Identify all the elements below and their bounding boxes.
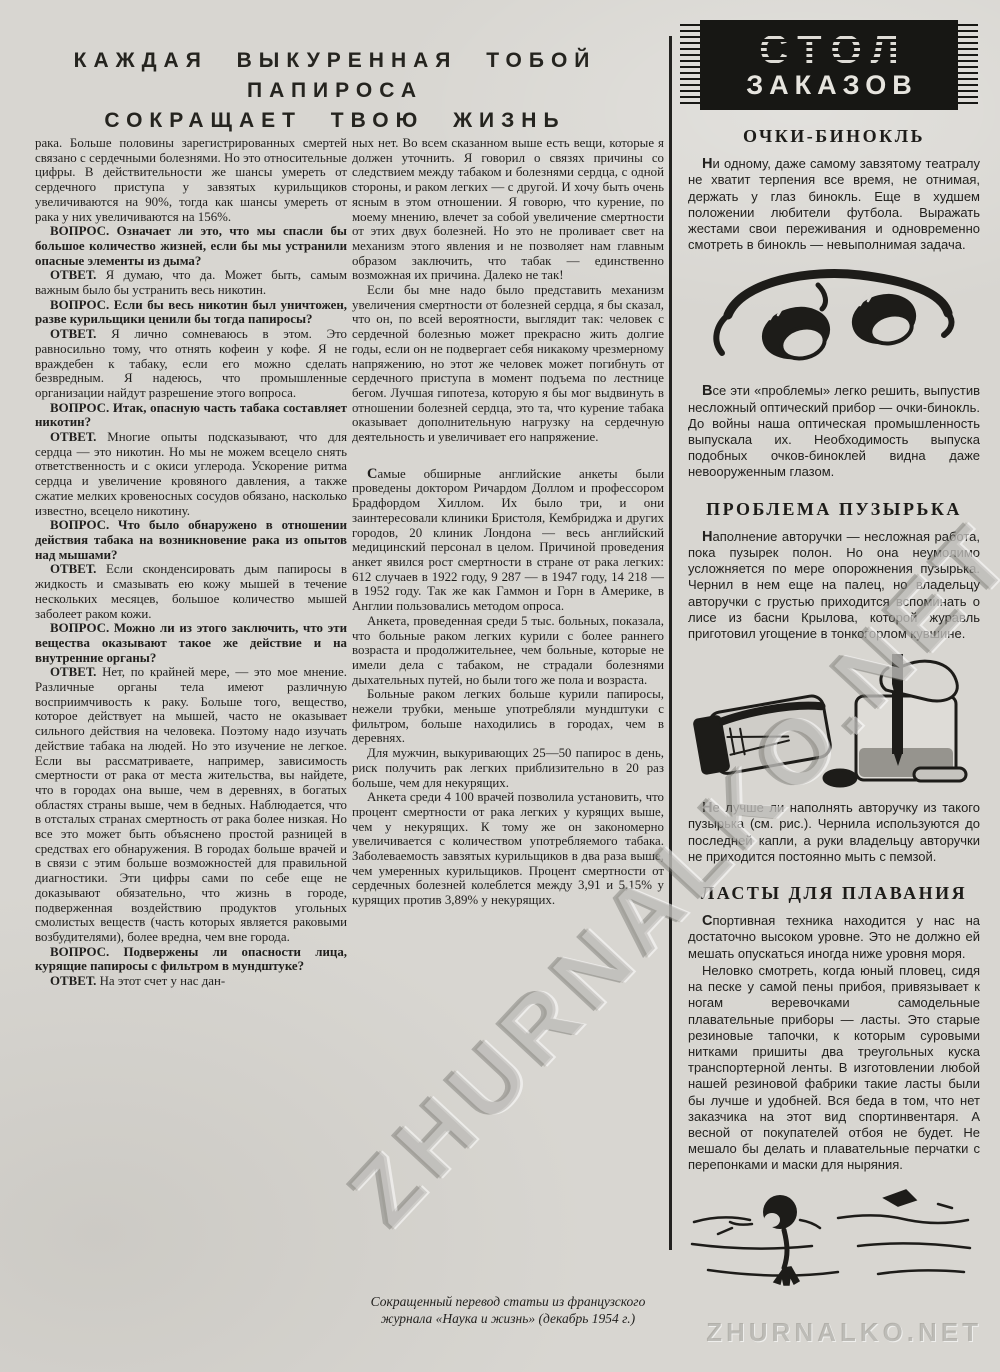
ink-bottle-illustration [688, 652, 980, 792]
paragraph: Анкета среди 4 100 врачей позволила уста… [352, 790, 664, 908]
question-paragraph: ВОПРОС. Означает ли это, что мы спасли б… [35, 224, 347, 268]
initial-letter: Н [702, 529, 713, 545]
headline-line-1: КАЖДАЯ ВЫКУРЕННАЯ ТОБОЙ ПАПИРОСА [35, 46, 635, 106]
answer-lead: ОТВЕТ. [50, 268, 106, 282]
paragraph: рака. Больше половины зарегистрированных… [35, 136, 347, 224]
stol-zakazov-logo: СТОЛ ЗАКАЗОВ [700, 20, 958, 110]
question-paragraph: ВОПРОС. Что было обнаружено в отношении … [35, 518, 347, 562]
paragraph: Анкета, проведенная среди 5 тыс. больных… [352, 614, 664, 688]
paragraph: Наполнение авторучки — несложная работа,… [688, 529, 980, 642]
section-title: ОЧКИ-БИНОКЛЬ [688, 128, 980, 144]
answer-lead: ОТВЕТ. [50, 665, 102, 679]
headline-line-2: СОКРАЩАЕТ ТВОЮ ЖИЗНЬ [35, 106, 635, 136]
sidebar-column: ОЧКИ-БИНОКЛЬНи одному, даже самому завзя… [688, 128, 980, 1298]
attribution-note: Сокращенный перевод статьи из французско… [352, 1293, 664, 1327]
answer-paragraph: ОТВЕТ. На этот счет у нас дан- [35, 974, 347, 989]
answer-paragraph: ОТВЕТ. Я думаю, что да. Может быть, самы… [35, 268, 347, 297]
paragraph: Ни одному, даже самому завзятому театрал… [688, 156, 980, 253]
section-title: ПРОБЛЕМА ПУЗЫРЬКА [688, 501, 980, 517]
question-paragraph: ВОПРОС. Если бы весь никотин был уничтож… [35, 298, 347, 327]
question-paragraph: ВОПРОС. Можно ли из этого заключить, что… [35, 621, 347, 665]
answer-lead: ОТВЕТ. [50, 327, 111, 341]
paragraph: Для мужчин, выкуривающих 25—50 папирос в… [352, 746, 664, 790]
question-paragraph: ВОПРОС. Итак, опасную часть табака соста… [35, 401, 347, 430]
logo-word-zakazov: ЗАКАЗОВ [740, 70, 917, 100]
column-divider-rule [669, 36, 672, 1250]
paragraph: ных нет. Во всем сказанном выше есть вещ… [352, 136, 664, 283]
paragraph: Не лучше ли наполнять авторучку из таког… [688, 800, 980, 865]
initial-letter: Н [702, 800, 713, 816]
paragraph: Неловко смотреть, когда юный пловец, сид… [688, 963, 980, 1174]
paragraph: Спортивная техника находится у нас на до… [688, 913, 980, 962]
section-title: ЛАСТЫ ДЛЯ ПЛАВАНИЯ [688, 885, 980, 901]
logo-word-stol: СТОЛ [749, 30, 909, 70]
paragraph: Все эти «проблемы» легко решить, выпусти… [688, 383, 980, 480]
answer-lead: ОТВЕТ. [50, 430, 107, 444]
swimmer-with-flippers-illustration [688, 1184, 980, 1290]
answer-lead: ОТВЕТ. [50, 974, 100, 988]
article-headline: КАЖДАЯ ВЫКУРЕННАЯ ТОБОЙ ПАПИРОСА СОКРАЩА… [35, 46, 635, 136]
answer-paragraph: ОТВЕТ. Нет, по крайней мере, — это мое м… [35, 665, 347, 944]
initial-letter: С [702, 913, 713, 929]
paragraph: Больные раком легких больше курили папир… [352, 687, 664, 746]
question-paragraph: ВОПРОС. Подвержены ли опасности лица, ку… [35, 945, 347, 974]
paragraph: Самые обширные английские анкеты были пр… [352, 467, 664, 614]
paragraph: Если бы мне надо было представить механи… [352, 283, 664, 445]
initial-letter: В [702, 383, 713, 399]
magazine-page: { "headline": { "line1": "КАЖДАЯ ВЫКУРЕН… [0, 0, 1000, 1372]
answer-lead: ОТВЕТ. [50, 562, 106, 576]
answer-paragraph: ОТВЕТ. Многие опыты подсказывают, что дл… [35, 430, 347, 518]
initial-letter: С [367, 466, 377, 482]
answer-paragraph: ОТВЕТ. Если сконденсировать дым папиросы… [35, 562, 347, 621]
answer-paragraph: ОТВЕТ. Я лично сомневаюсь в этом. Это ра… [35, 327, 347, 401]
article-column-1: рака. Больше половины зарегистрированных… [35, 136, 347, 1351]
binocular-glasses-illustration [688, 263, 980, 375]
article-column-2: ных нет. Во всем сказанном выше есть вещ… [352, 136, 664, 1341]
footer-watermark: ZHURNALKO.NET [706, 1317, 982, 1348]
initial-letter: Н [702, 156, 713, 172]
